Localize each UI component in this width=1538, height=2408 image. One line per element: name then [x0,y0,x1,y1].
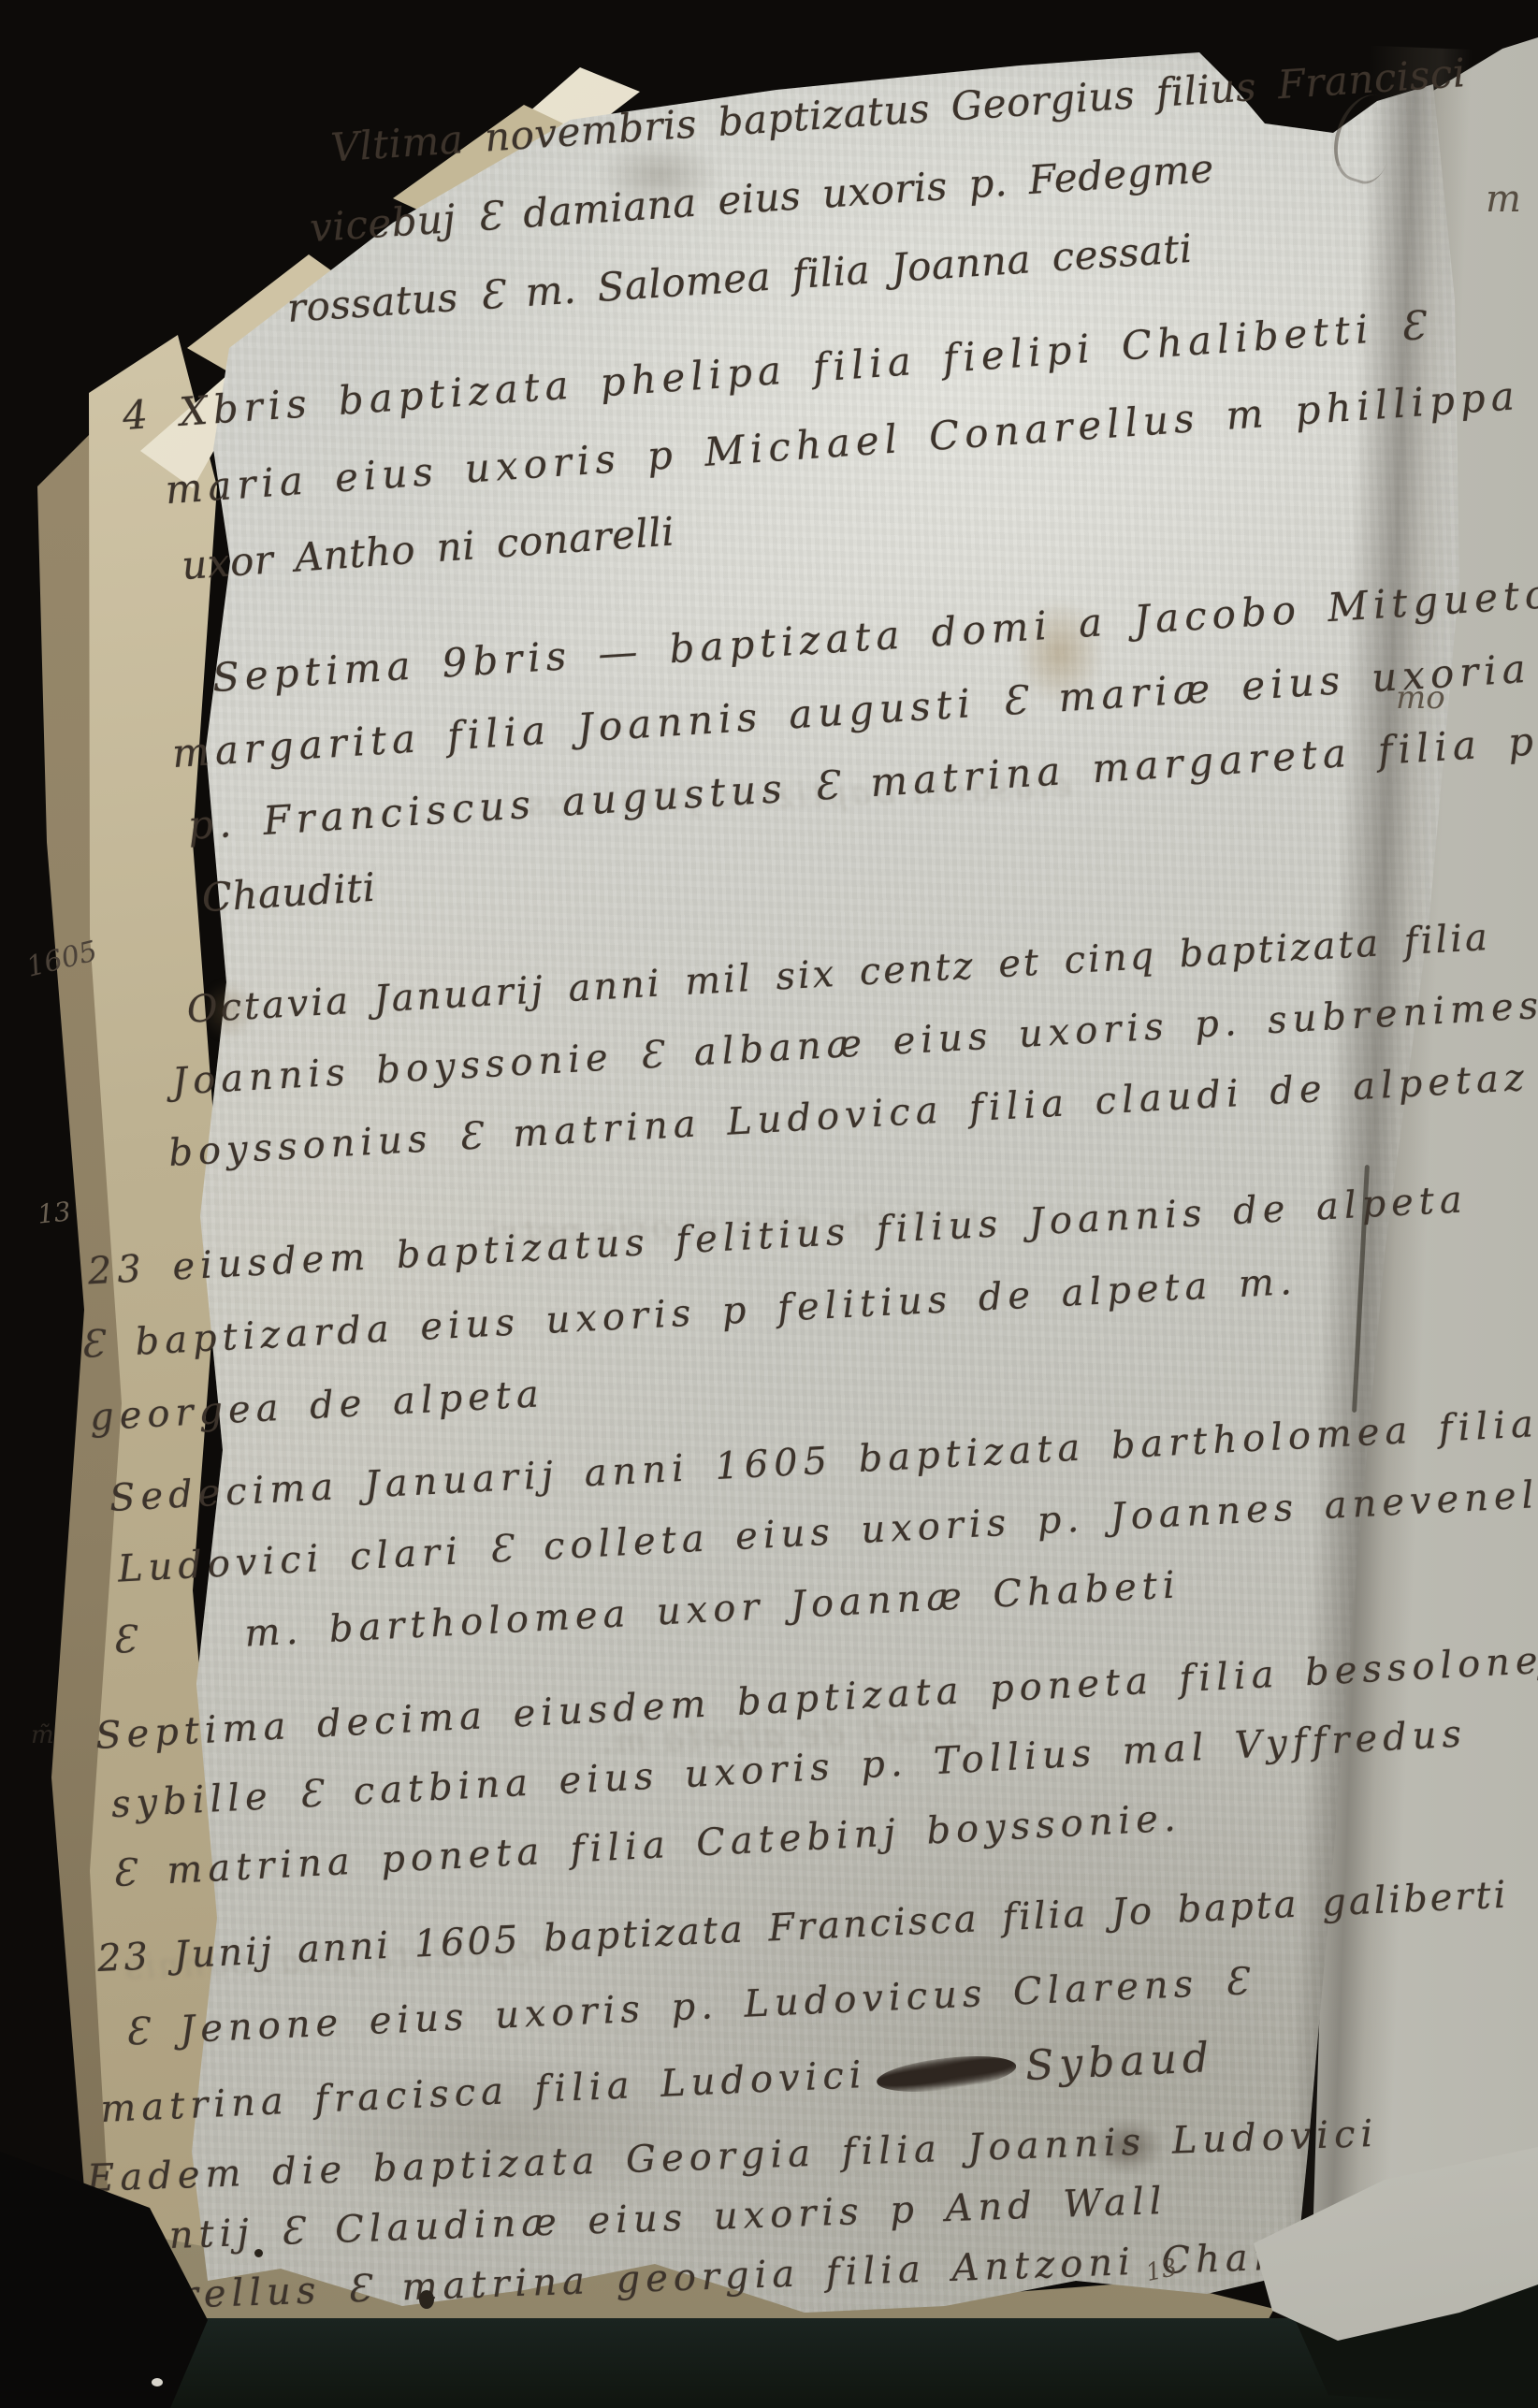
margin-note-faint: m̃ [31,1721,54,1749]
ink-blot-flourish [875,2051,1018,2098]
paper-hole [419,2290,434,2309]
margin-note-day: 13 [36,1196,72,1230]
opposite-page-fragment: mo [1396,679,1445,717]
opposite-page-fragment: m [1486,178,1521,221]
paper-speck [152,2378,163,2386]
paper-hole [254,2249,263,2257]
manuscript-line-tail: Sybaud [1024,2034,1215,2090]
manuscript-photo: eiusdem baptizata filia eius matrina eiu… [0,0,1538,2408]
